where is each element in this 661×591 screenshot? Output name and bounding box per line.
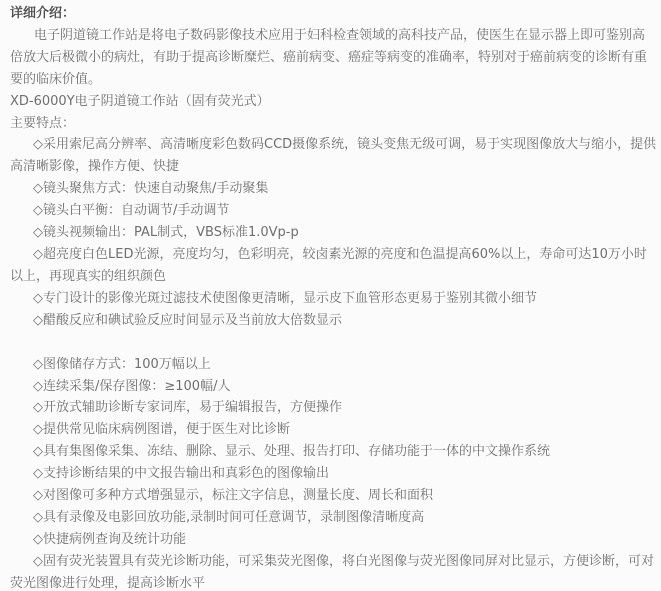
model-name-line: XD-6000Y电子阴道镜工作站（固有荧光式） bbox=[10, 91, 657, 113]
feature-item: ◇开放式辅助诊断专家词库，易于编辑报告，方便操作 bbox=[10, 397, 657, 419]
feature-item: ◇固有荧光装置具有荧光诊断功能，可采集荧光图像，将白光图像与荧光图像同屏对比显示… bbox=[10, 551, 657, 591]
feature-item: ◇醋酸反应和碘试验反应时间显示及当前放大倍数显示 bbox=[10, 310, 657, 332]
feature-item: ◇具有录像及电影回放功能,录制时间可任意调节，录制图像清晰度高 bbox=[10, 507, 657, 529]
feature-item: ◇镜头视频输出：PAL制式，VBS标准1.0Vp-p bbox=[10, 222, 657, 244]
feature-item: ◇镜头聚焦方式：快速自动聚焦/手动聚集 bbox=[10, 178, 657, 200]
feature-item: ◇对图像可多种方式增强显示，标注文字信息，测量长度、周长和面积 bbox=[10, 485, 657, 507]
feature-item: ◇超亮度白色LED光源，亮度均匀，色彩明亮，较卤素光源的亮度和色温提高60%以上… bbox=[10, 244, 657, 288]
feature-item: ◇连续采集/保存图像：≥100幅/人 bbox=[10, 376, 657, 398]
feature-item: ◇具有集图像采集、冻结、删除、显示、处理、报告打印、存储功能于一体的中文操作系统 bbox=[10, 441, 657, 463]
blank-line-separator bbox=[10, 332, 657, 354]
section-title: 详细介绍： bbox=[10, 3, 657, 25]
feature-item: ◇图像储存方式：100万幅以上 bbox=[10, 354, 657, 376]
feature-item: ◇镜头白平衡：自动调节/手动调节 bbox=[10, 200, 657, 222]
intro-paragraph: 电子阴道镜工作站是将电子数码影像技术应用于妇科检查领域的高科技产品，使医生在显示… bbox=[10, 25, 657, 91]
feature-item: ◇快捷病例查询及统计功能 bbox=[10, 529, 657, 551]
features-heading: 主要特点： bbox=[10, 113, 657, 135]
feature-item: ◇支持诊断结果的中文报告输出和真彩色的图像输出 bbox=[10, 463, 657, 485]
feature-item: ◇采用索尼高分辨率、高清晰度彩色数码CCD摄像系统，镜头变焦无级可调，易于实现图… bbox=[10, 134, 657, 178]
feature-item: ◇提供常见临床病例图谱，便于医生对比诊断 bbox=[10, 419, 657, 441]
product-description-document: 详细介绍： 电子阴道镜工作站是将电子数码影像技术应用于妇科检查领域的高科技产品，… bbox=[0, 0, 661, 591]
feature-item: ◇专门设计的影像光斑过滤技术使图像更清晰，显示皮下血管形态更易于鉴别其微小细节 bbox=[10, 288, 657, 310]
